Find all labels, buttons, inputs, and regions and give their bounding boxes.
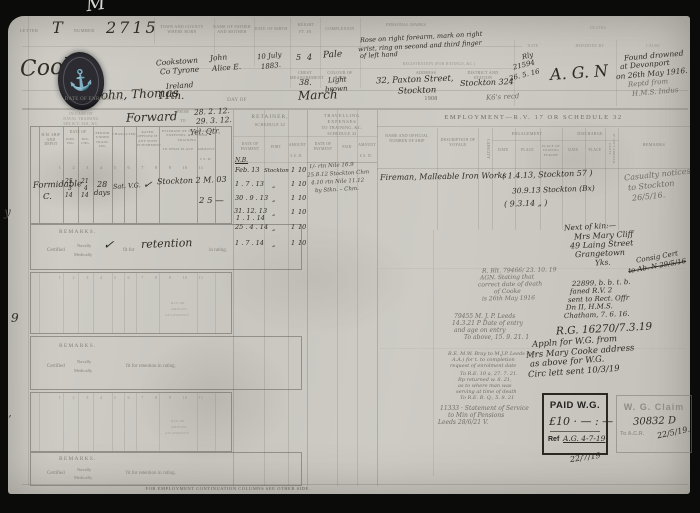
retainer-row4-port: „ xyxy=(272,210,275,217)
retainer-divider xyxy=(288,110,289,486)
grid-column-line xyxy=(124,393,125,451)
navally-label: Navally xyxy=(77,359,91,365)
paid-ref-value: A.G. 4-7-19 xyxy=(563,435,605,443)
enrolment-label: Date of Enrolment, xyxy=(44,97,144,104)
wg-claim-stamp-title: W. G. Claim xyxy=(617,402,691,412)
retainer-row1-port: Stockton xyxy=(264,168,289,174)
birthplace-line2: Co Tyrone xyxy=(160,66,200,77)
enrolment-month-value: March xyxy=(298,88,338,103)
estimate-label: Estimate of Travelling Expenses, &c., fr… xyxy=(160,129,214,142)
anchor-seal-icon: ⚓ xyxy=(57,66,105,96)
grid-column-line xyxy=(159,273,160,333)
grid-column-line xyxy=(93,273,94,333)
remarks-box-1: Remarks. Certified Navally Medically ✓ f… xyxy=(30,224,302,270)
fit-line-label: fit for retention in rating. xyxy=(126,364,176,371)
join-date-3: 14 xyxy=(65,193,73,200)
complexion-label: Complexion xyxy=(322,26,358,31)
travelling-scribble-1: 1/- rtn Nile 16.9 xyxy=(309,162,354,170)
wg-claim-to-label: To A.C.R. xyxy=(620,431,644,437)
grid-column-line xyxy=(112,393,113,451)
district-value: Stockton 324 xyxy=(460,78,514,89)
punishment-tick: ✓ xyxy=(142,178,153,191)
grid-column-line xyxy=(78,273,79,333)
employment-entry-engagement-3: ( 9.3.14 „ ) xyxy=(504,199,548,209)
medically-label: Medically xyxy=(74,252,92,258)
retainer-row3-date: 30 . 9 . 13 xyxy=(235,195,268,202)
joining-label: Join-ing xyxy=(64,137,77,146)
grid-column-line xyxy=(63,393,64,451)
retainer-divider xyxy=(264,110,265,486)
edge-mark-9: 9 xyxy=(11,312,19,325)
travelling-paid-label: Paid xyxy=(338,145,356,150)
travelling-divider xyxy=(357,110,358,486)
character-label: Character xyxy=(112,132,136,137)
discharge-date-label: Date xyxy=(562,148,585,153)
retainer-row4-shillings: 10 xyxy=(298,209,306,216)
employment-column-line xyxy=(585,128,586,230)
employment-ship-label: Name and Official Number of Ship xyxy=(380,134,434,144)
remarks-heading: Remarks. xyxy=(59,456,97,463)
retainer-row4-pounds: 1 xyxy=(291,209,295,216)
period-entry-2: days xyxy=(94,190,110,198)
retainer-subtitle: Schedule 32 xyxy=(233,122,307,127)
amount-entry: 2 5 — xyxy=(199,197,224,206)
retainer-row4-date2: 1 . 1 . 14 xyxy=(236,215,265,222)
retainer-row3-port: „ xyxy=(272,196,275,203)
grid-sub-label-1: Rly or xyxy=(163,301,193,305)
deaths-section-label: Deaths xyxy=(568,26,628,31)
re10-note-line5: To R.E. B. Q., 5. 8. 21 xyxy=(460,396,514,402)
travelling-right-line xyxy=(377,110,378,486)
grid-sub-label-2: amount xyxy=(165,425,193,429)
certified-label: Certified xyxy=(47,471,65,478)
day-of-label: day of xyxy=(220,98,254,105)
employment-capacity-label: Capacity xyxy=(480,132,490,166)
ship-entry-2: C. xyxy=(43,193,52,202)
grid-column-line xyxy=(78,393,79,451)
grid-column-line xyxy=(93,393,94,451)
travelling-date-label: Date of Payment xyxy=(309,142,337,151)
paid-ref-label: Ref xyxy=(548,436,559,443)
grid-sub-label-3: allowance xyxy=(161,431,193,435)
height-units-label: Ft. In. xyxy=(292,29,320,34)
employment-entry-engagement-2: 30.9.13 Stockton (Bx) xyxy=(512,185,595,196)
retainer-row2-shillings: 10 xyxy=(298,181,306,188)
personal-marks-label: Personal Marks xyxy=(376,22,436,27)
engagement-group-label: Engagement xyxy=(492,131,562,136)
officer-label: Rated Officer if any with punishment xyxy=(137,130,158,147)
wg-claim-date: 22/5/19. xyxy=(656,426,690,442)
place-column-label: To what place xyxy=(160,147,196,152)
grid-column-line xyxy=(136,273,137,333)
remarks-box-2: Remarks. Certified Navally Medically fit… xyxy=(30,336,302,390)
height-label: Height xyxy=(292,22,320,27)
retainer-row2-pounds: 1 xyxy=(291,181,295,188)
employment-title-rule xyxy=(377,126,690,127)
header-rule xyxy=(22,108,688,110)
wg-claim-stamp: W. G. Claim 30832 D To A.C.R. 22/5/19. xyxy=(616,395,692,453)
retainer-date-label: Date of Payment xyxy=(235,142,265,151)
retainer-row1-shillings: 10 xyxy=(298,167,306,174)
ship-entry: Formidable xyxy=(33,180,82,191)
grid-column-line xyxy=(39,393,40,451)
travelling-title-3: to Training, &c. xyxy=(307,125,377,130)
number-value: 2715 xyxy=(106,19,159,37)
in-rating-label: in rating. xyxy=(209,248,227,255)
ship-column-label: H.M. Ship and Depot xyxy=(40,133,62,147)
discharge-place-label: Place xyxy=(585,148,605,153)
table-column-line xyxy=(124,127,125,223)
paid-below-date: 22/7/19 xyxy=(570,452,602,465)
retention-handwritten: retention xyxy=(141,237,193,251)
paid-amount: £10 · — : — xyxy=(549,416,613,428)
parents-label: Name of Father and Mother xyxy=(212,24,252,34)
employment-remarks-label: Remarks xyxy=(618,142,690,147)
employment-voyage-label: Description of Voyage xyxy=(440,138,476,148)
certified-label: Certified xyxy=(47,248,65,255)
retainer-nb: N.B. xyxy=(235,158,248,165)
grid-column-line xyxy=(39,273,40,333)
column-numbers: 1 2 3 4 5 6 7 8 9 10 11 xyxy=(31,165,231,170)
registration-label: Registration (for ratings, &c.) xyxy=(364,62,514,67)
death-date-note-line5: is 26th May 1916 xyxy=(482,296,535,304)
retainer-port-label: Port xyxy=(265,145,287,150)
from-label: From xyxy=(174,110,192,115)
navally-label: Navally xyxy=(77,467,91,473)
remarks-heading: Remarks. xyxy=(59,229,97,236)
remarks-box-3: Remarks. Certified Navally Medically fit… xyxy=(30,452,302,486)
scanned-record-card-page: { "scan": { "margin_mark": "M", "side_ma… xyxy=(0,0,700,513)
next-of-kin-line5: Yks. xyxy=(595,259,611,268)
letter-label: Letter xyxy=(16,28,42,34)
father-name-value: John xyxy=(210,53,228,62)
grid-column-line xyxy=(124,273,125,333)
retainer-currency-label: £ s. d. xyxy=(286,154,307,159)
retainer-row1-date: Feb. 13 xyxy=(235,167,260,174)
retainer-right-line xyxy=(307,110,308,486)
medically-label: Medically xyxy=(74,475,92,481)
employment-header-rule xyxy=(377,168,690,169)
fit-line-label: fit for retention in rating. xyxy=(126,471,176,478)
employment-column-line xyxy=(605,128,606,230)
number-label: Number xyxy=(70,28,98,34)
born-label: Town and County where Born xyxy=(154,24,210,34)
retainer-row2-port: „ xyxy=(272,182,275,189)
leaving-europe-label: Place of Leaving Europe xyxy=(540,144,562,157)
grid-column-line xyxy=(112,273,113,333)
remarks-heading: Remarks. xyxy=(59,343,97,350)
employment-entry-engagement-1: ( 1.4.13, Stockton 57 ) xyxy=(502,169,593,181)
grid-sub-label-2: amount xyxy=(165,307,193,311)
margin-rule xyxy=(28,16,29,486)
clerk-initials: A. G. N xyxy=(549,62,608,84)
employment-remark-line3: 26/5/16. xyxy=(632,191,666,203)
chest-value: 38. xyxy=(299,79,312,88)
navally-label: Navally xyxy=(77,243,91,249)
grid-column-line xyxy=(136,393,137,451)
complexion-value: Pale xyxy=(323,51,343,62)
travelling-scribble-4: by Stkn. – Chm. xyxy=(315,186,359,194)
forward-to-date: 29. 3. 12. xyxy=(196,116,232,126)
service-grid-2: 1 2 3 4 5 6 7 8 9 10 11 Rly or amount al… xyxy=(30,272,232,334)
period-label: Period under Train-ing xyxy=(94,131,111,149)
statement-note-line3: Leeds 28/6/21 V. xyxy=(438,420,488,427)
enrolment-year: 1908 xyxy=(416,96,446,104)
lower-guide-line xyxy=(433,230,434,476)
enrolment-day-value: 11th. xyxy=(158,91,184,102)
date-of-label: Date of xyxy=(63,130,93,135)
place-entry: Stockton 2 M. 03 xyxy=(157,176,227,187)
training-table: H.M. Ship and Depot Date of Join-ing Dis… xyxy=(30,126,232,224)
grid-column-line xyxy=(197,273,198,333)
medically-label: Medically xyxy=(74,368,92,374)
grid-column-line xyxy=(197,393,198,451)
character-entry: Sat. V.G. xyxy=(113,182,141,191)
certified-label: Certified xyxy=(47,364,65,371)
paid-amount-underline xyxy=(550,431,600,432)
retainer-amount-label: Amount xyxy=(288,143,307,148)
grid-column-line xyxy=(215,273,216,333)
grid-sub-label-3: allowance xyxy=(161,313,193,317)
death-note-line5: H.M.S. Indus xyxy=(632,87,679,99)
edge-mark-y: y xyxy=(4,206,11,219)
travelling-currency-label: £ s. d. xyxy=(355,154,377,159)
dob-line2: 1883. xyxy=(261,62,282,72)
wg-claim-number: 30832 D xyxy=(633,415,676,427)
employment-group-rule xyxy=(492,140,618,141)
column-numbers: 1 2 3 4 5 6 7 8 9 10 11 xyxy=(31,395,231,400)
death-cause-label: Cause xyxy=(638,44,668,49)
fit-for-label: fit for xyxy=(123,248,135,255)
engagement-place-label: Place xyxy=(515,148,540,153)
to-label: To xyxy=(176,119,190,124)
death-date-label: Date xyxy=(518,44,548,49)
dob-label: Date of Birth xyxy=(254,26,288,31)
height-ft-value: 5 xyxy=(296,54,301,63)
bray-note-line3: request of enrolment date xyxy=(450,364,516,370)
grid-column-line xyxy=(215,393,216,451)
employment-entry-occupation: Fireman, Malleable Iron Works xyxy=(380,172,507,183)
engagement-date-label: Date xyxy=(492,148,515,153)
left-abroad-label: If left abroad, cause xyxy=(607,130,616,168)
footer-rule xyxy=(22,484,688,485)
grid-sub-label-1: Rly or xyxy=(163,419,193,423)
height-in-value: 4 xyxy=(307,54,312,63)
retainer-title: Retainer, xyxy=(233,114,307,121)
retainer-row2-date: 1 . 7 . 13 xyxy=(235,181,264,188)
remarks-tick: ✓ xyxy=(102,238,114,253)
discharge-date-3: 14 xyxy=(81,193,89,200)
leeds-note-line4: To above, 15. 9. 21. 1 xyxy=(464,335,529,342)
grid-column-line xyxy=(159,393,160,451)
personal-marks-line3: of left hand xyxy=(360,51,398,60)
retainer-row1-pounds: 1 xyxy=(291,167,295,174)
service-grid-3: 1 2 3 4 5 6 7 8 9 10 11 Rly or amount al… xyxy=(30,392,232,452)
retainer-row3-shillings: 10 xyxy=(298,195,306,202)
table-column-line xyxy=(112,127,113,223)
column-numbers: 1 2 3 4 5 6 7 8 9 10 11 xyxy=(31,275,231,280)
footer-note: For Employment Continuation Columns see … xyxy=(118,486,338,492)
chatham-note-line5: Chatham, 7. 6. 16. xyxy=(564,311,630,321)
paid-wg-stamp: PAID W.G. £10 · — : — Ref A.G. 4-7-19 xyxy=(542,393,608,455)
forward-word: Forward xyxy=(126,110,178,125)
travelling-amount-label: Amount xyxy=(357,143,377,148)
retainer-left-line xyxy=(233,110,234,486)
amount-column-label: Amount xyxy=(197,147,215,152)
margin-mark: M xyxy=(85,0,107,16)
retainer-row3-pounds: 1 xyxy=(291,195,295,202)
employment-title: Employment—R.V. 17 or Schedule 32 xyxy=(377,114,690,122)
record-card: Letter T Number 2715 Town and County whe… xyxy=(8,16,690,494)
death-reported-label: Reported by xyxy=(568,44,612,49)
travelling-title-4: Schedule 32 xyxy=(307,131,377,136)
address-line1: 32, Paxton Street, xyxy=(376,75,454,87)
discharge-label: Dis-chg. xyxy=(79,137,92,146)
currency-label: £ s. d. xyxy=(197,157,215,161)
edge-mark-tick: ’ xyxy=(8,414,12,426)
grid-column-line xyxy=(63,273,64,333)
paid-wg-stamp-title: PAID W.G. xyxy=(544,400,606,411)
letter-value: T xyxy=(52,19,63,37)
mother-name-value: Alice E. xyxy=(212,63,242,73)
